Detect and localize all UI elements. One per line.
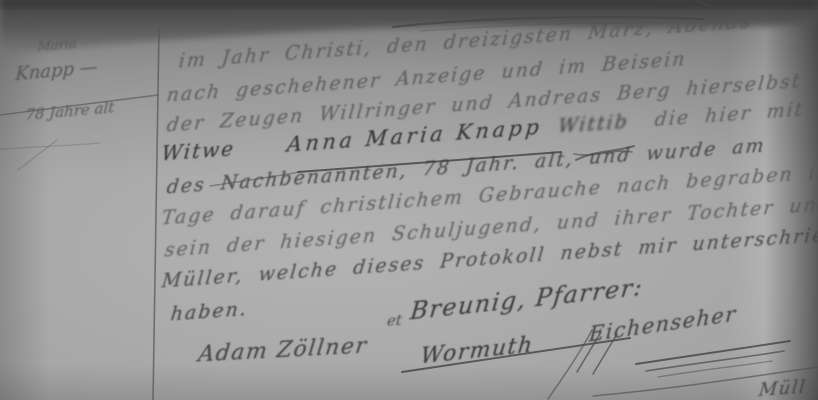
body-line-3: der Zeugen Willringer und Andreas Berg h…: [166, 70, 803, 137]
bottom-edge-signature-fragment: Müll: [758, 377, 808, 400]
wormuth-strike: [402, 338, 630, 372]
body-line-2: nach geschehener Anzeige und im Beisein: [166, 48, 688, 107]
signature-et: et: [386, 311, 403, 330]
ink-strokes-layer: [0, 0, 818, 400]
body-line-4-pre: Witwe: [160, 136, 236, 165]
body-line-9: haben.: [170, 298, 249, 326]
struck-word-scribble-2: [574, 151, 632, 155]
deceased-name: Anna Maria Knapp: [286, 114, 544, 156]
body-line-5-age: des Nachbenannten, 78 Jahr. alt, und wur…: [166, 134, 767, 198]
heading-underline: [393, 17, 703, 27]
name-underline: [298, 152, 561, 172]
signature-witness-3: Eichenseher: [588, 301, 737, 346]
scanned-death-record-page: Gestorbene Maria Knapp — 78 Jahre alt im…: [0, 0, 818, 400]
witness-slash-2: [593, 334, 617, 374]
body-line-4: Witwe Anna Maria Knapp Wittib die hier m…: [160, 96, 805, 165]
register-heading: Gestorbene: [414, 0, 576, 12]
top-right-ink-tick: [697, 1, 728, 13]
margin-note-name-line1: Maria: [37, 37, 77, 56]
margin-note-age: 78 Jahre alt: [25, 98, 115, 124]
top-edge-dark-strip: [0, 0, 818, 8]
column-rule: [153, 30, 159, 400]
eichen-flourish-2: [646, 351, 784, 371]
body-line-8: Müller, welche dieses Protokoll nebst mi…: [161, 221, 818, 293]
body-line-1: im Jahr Christi, den dreizigsten März, A…: [178, 10, 753, 72]
heading-underline-echo: [420, 23, 660, 31]
witness-slash-1: [577, 332, 601, 372]
signature-witness-1: Adam Zöllner: [197, 333, 369, 367]
eichen-flourish-1: [636, 341, 790, 364]
eichen-flourish-3: [658, 361, 772, 377]
scan-artifact-layer: [0, 0, 818, 400]
margin-rule-lower: [0, 143, 100, 149]
margin-stray-stroke: [18, 140, 57, 170]
struck-word-scribble-1: [576, 146, 634, 160]
signature-pastor: Breunig, Pfarrer:: [409, 273, 645, 326]
margin-rule-upper: [0, 95, 158, 115]
struck-out-word: Wittib: [557, 110, 630, 137]
body-line-7: sein der hiesigen Schuljugend, und ihrer…: [164, 187, 818, 261]
body-line-6: Tage darauf christlichem Gebrauche nach …: [161, 156, 818, 229]
bottom-right-rule-curve: [593, 367, 818, 396]
margin-note-name-line2: Knapp —: [15, 57, 98, 85]
eichen-descender: [548, 330, 592, 399]
name-underline-swash: [210, 172, 300, 186]
body-line-4-post: die hier mit: [654, 98, 806, 131]
signature-witness-2-struck: Wormuth: [419, 332, 534, 369]
top-scan-band: [0, 0, 818, 55]
